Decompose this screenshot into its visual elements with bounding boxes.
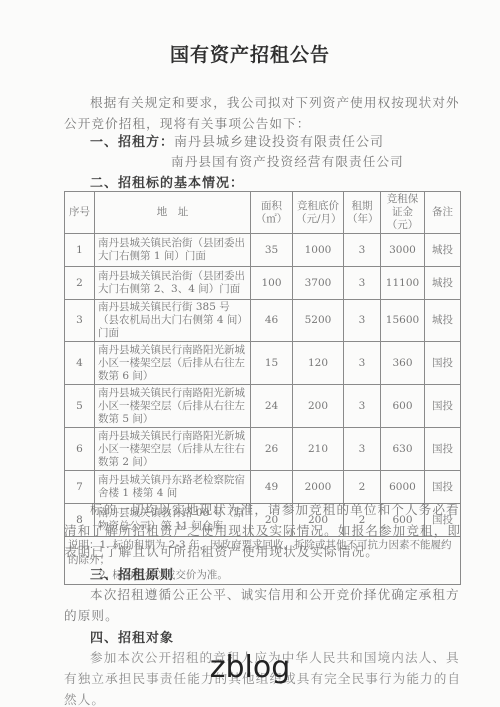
table-row: 6 南丹县城关镇民行南路阳光新城小区一楼架空层（后排从左往右数第 2 间） 26… <box>65 428 461 471</box>
cell-area: 15 <box>251 342 293 385</box>
cell-no: 4 <box>65 342 95 385</box>
col-header-price: 竞租底价（元/月） <box>293 192 344 234</box>
cell-no: 1 <box>65 234 95 267</box>
cell-note: 城投 <box>425 234 461 267</box>
cell-note: 城投 <box>425 267 461 300</box>
col-header-note: 备注 <box>425 192 461 234</box>
document-title: 国有资产招租公告 <box>0 40 500 67</box>
cell-deposit: 11100 <box>381 267 425 300</box>
section-1-label: 一、招租方： <box>90 135 174 150</box>
lessor-1: 南丹县城乡建设投资有限责任公司 <box>174 135 384 150</box>
col-header-term: 租期（年） <box>344 192 381 234</box>
cell-deposit: 630 <box>381 428 425 471</box>
cell-address: 南丹县城关镇民行街 385 号（县农机局出大门右侧第 4 间）门面 <box>95 300 251 342</box>
cell-area: 24 <box>251 385 293 428</box>
intro-paragraph: 根据有关规定和要求，我公司拟对下列资产使用权按现状对外公开竞价招租，现将有关事项… <box>64 92 464 134</box>
cell-note: 国投 <box>425 342 461 385</box>
section-3-heading: 三、招租原则 <box>90 564 174 583</box>
table-row: 4 南丹县城关镇民行南路阳光新城小区一楼架空层（后排从右往左数第 6 间） 15… <box>65 342 461 385</box>
lessor-2: 南丹县国有资产投资经营有限责任公司 <box>171 151 404 170</box>
cell-deposit: 360 <box>381 342 425 385</box>
col-header-address: 地 址 <box>95 192 251 234</box>
cell-price: 200 <box>293 385 344 428</box>
section-4-heading: 四、招租对象 <box>90 627 174 646</box>
table-row: 5 南丹县城关镇民行南路阳光新城小区一楼架空层（后排从右往左数第 5 间） 24… <box>65 385 461 428</box>
cell-address: 南丹县城关镇民治街（县团委出大门右侧第 1 间）门面 <box>95 234 251 267</box>
table-row: 1 南丹县城关镇民治街（县团委出大门右侧第 1 间）门面 35 1000 3 3… <box>65 234 461 267</box>
cell-no: 3 <box>65 300 95 342</box>
table-row: 3 南丹县城关镇民行街 385 号（县农机局出大门右侧第 4 间）门面 46 5… <box>65 300 461 342</box>
cell-price: 120 <box>293 342 344 385</box>
cell-deposit: 15600 <box>381 300 425 342</box>
cell-deposit: 3000 <box>381 234 425 267</box>
col-header-deposit: 竞租保证金（元） <box>381 192 425 234</box>
cell-term: 3 <box>344 267 381 300</box>
cell-price: 1000 <box>293 234 344 267</box>
cell-address: 南丹县城关镇民治街（县团委出大门右侧第 2、3、4 间）门面 <box>95 267 251 300</box>
watermark: zblog <box>0 650 500 685</box>
cell-area: 26 <box>251 428 293 471</box>
cell-no: 5 <box>65 385 95 428</box>
cell-no: 6 <box>65 428 95 471</box>
cell-address: 南丹县城关镇民行南路阳光新城小区一楼架空层（后排从右往左数第 6 间） <box>95 342 251 385</box>
cell-term: 3 <box>344 385 381 428</box>
col-header-area: 面积（㎡） <box>251 192 293 234</box>
table-row: 2 南丹县城关镇民治街（县团委出大门右侧第 2、3、4 间）门面 100 370… <box>65 267 461 300</box>
cell-address: 南丹县城关镇民行南路阳光新城小区一楼架空层（后排从左往右数第 2 间） <box>95 428 251 471</box>
cell-price: 5200 <box>293 300 344 342</box>
cell-term: 3 <box>344 300 381 342</box>
cell-note: 国投 <box>425 428 461 471</box>
cell-price: 210 <box>293 428 344 471</box>
cell-area: 35 <box>251 234 293 267</box>
cell-term: 3 <box>344 428 381 471</box>
cell-address: 南丹县城关镇民行南路阳光新城小区一楼架空层（后排从右往左数第 5 间） <box>95 385 251 428</box>
cell-area: 46 <box>251 300 293 342</box>
section-2-heading: 二、招租标的基本情况： <box>90 172 244 191</box>
table-header-row: 序号 地 址 面积（㎡） 竞租底价（元/月） 租期（年） 竞租保证金（元） 备注 <box>65 192 461 234</box>
cell-area: 100 <box>251 267 293 300</box>
cell-no: 2 <box>65 267 95 300</box>
cell-term: 3 <box>344 342 381 385</box>
cell-note: 城投 <box>425 300 461 342</box>
cell-note: 国投 <box>425 385 461 428</box>
cell-price: 3700 <box>293 267 344 300</box>
after-table-paragraph: 标的一切均以实地现状为准，请参加竞租的单位和个人务必看清和了解所招租资产之使用现… <box>64 499 464 562</box>
cell-term: 3 <box>344 234 381 267</box>
cell-deposit: 600 <box>381 385 425 428</box>
section-3-body: 本次招租遵循公正公平、诚实信用和公开竞价择优确定承租方的原则。 <box>64 584 464 626</box>
section-1-heading: 一、招租方：南丹县城乡建设投资有限责任公司 <box>90 131 384 150</box>
col-header-no: 序号 <box>65 192 95 234</box>
